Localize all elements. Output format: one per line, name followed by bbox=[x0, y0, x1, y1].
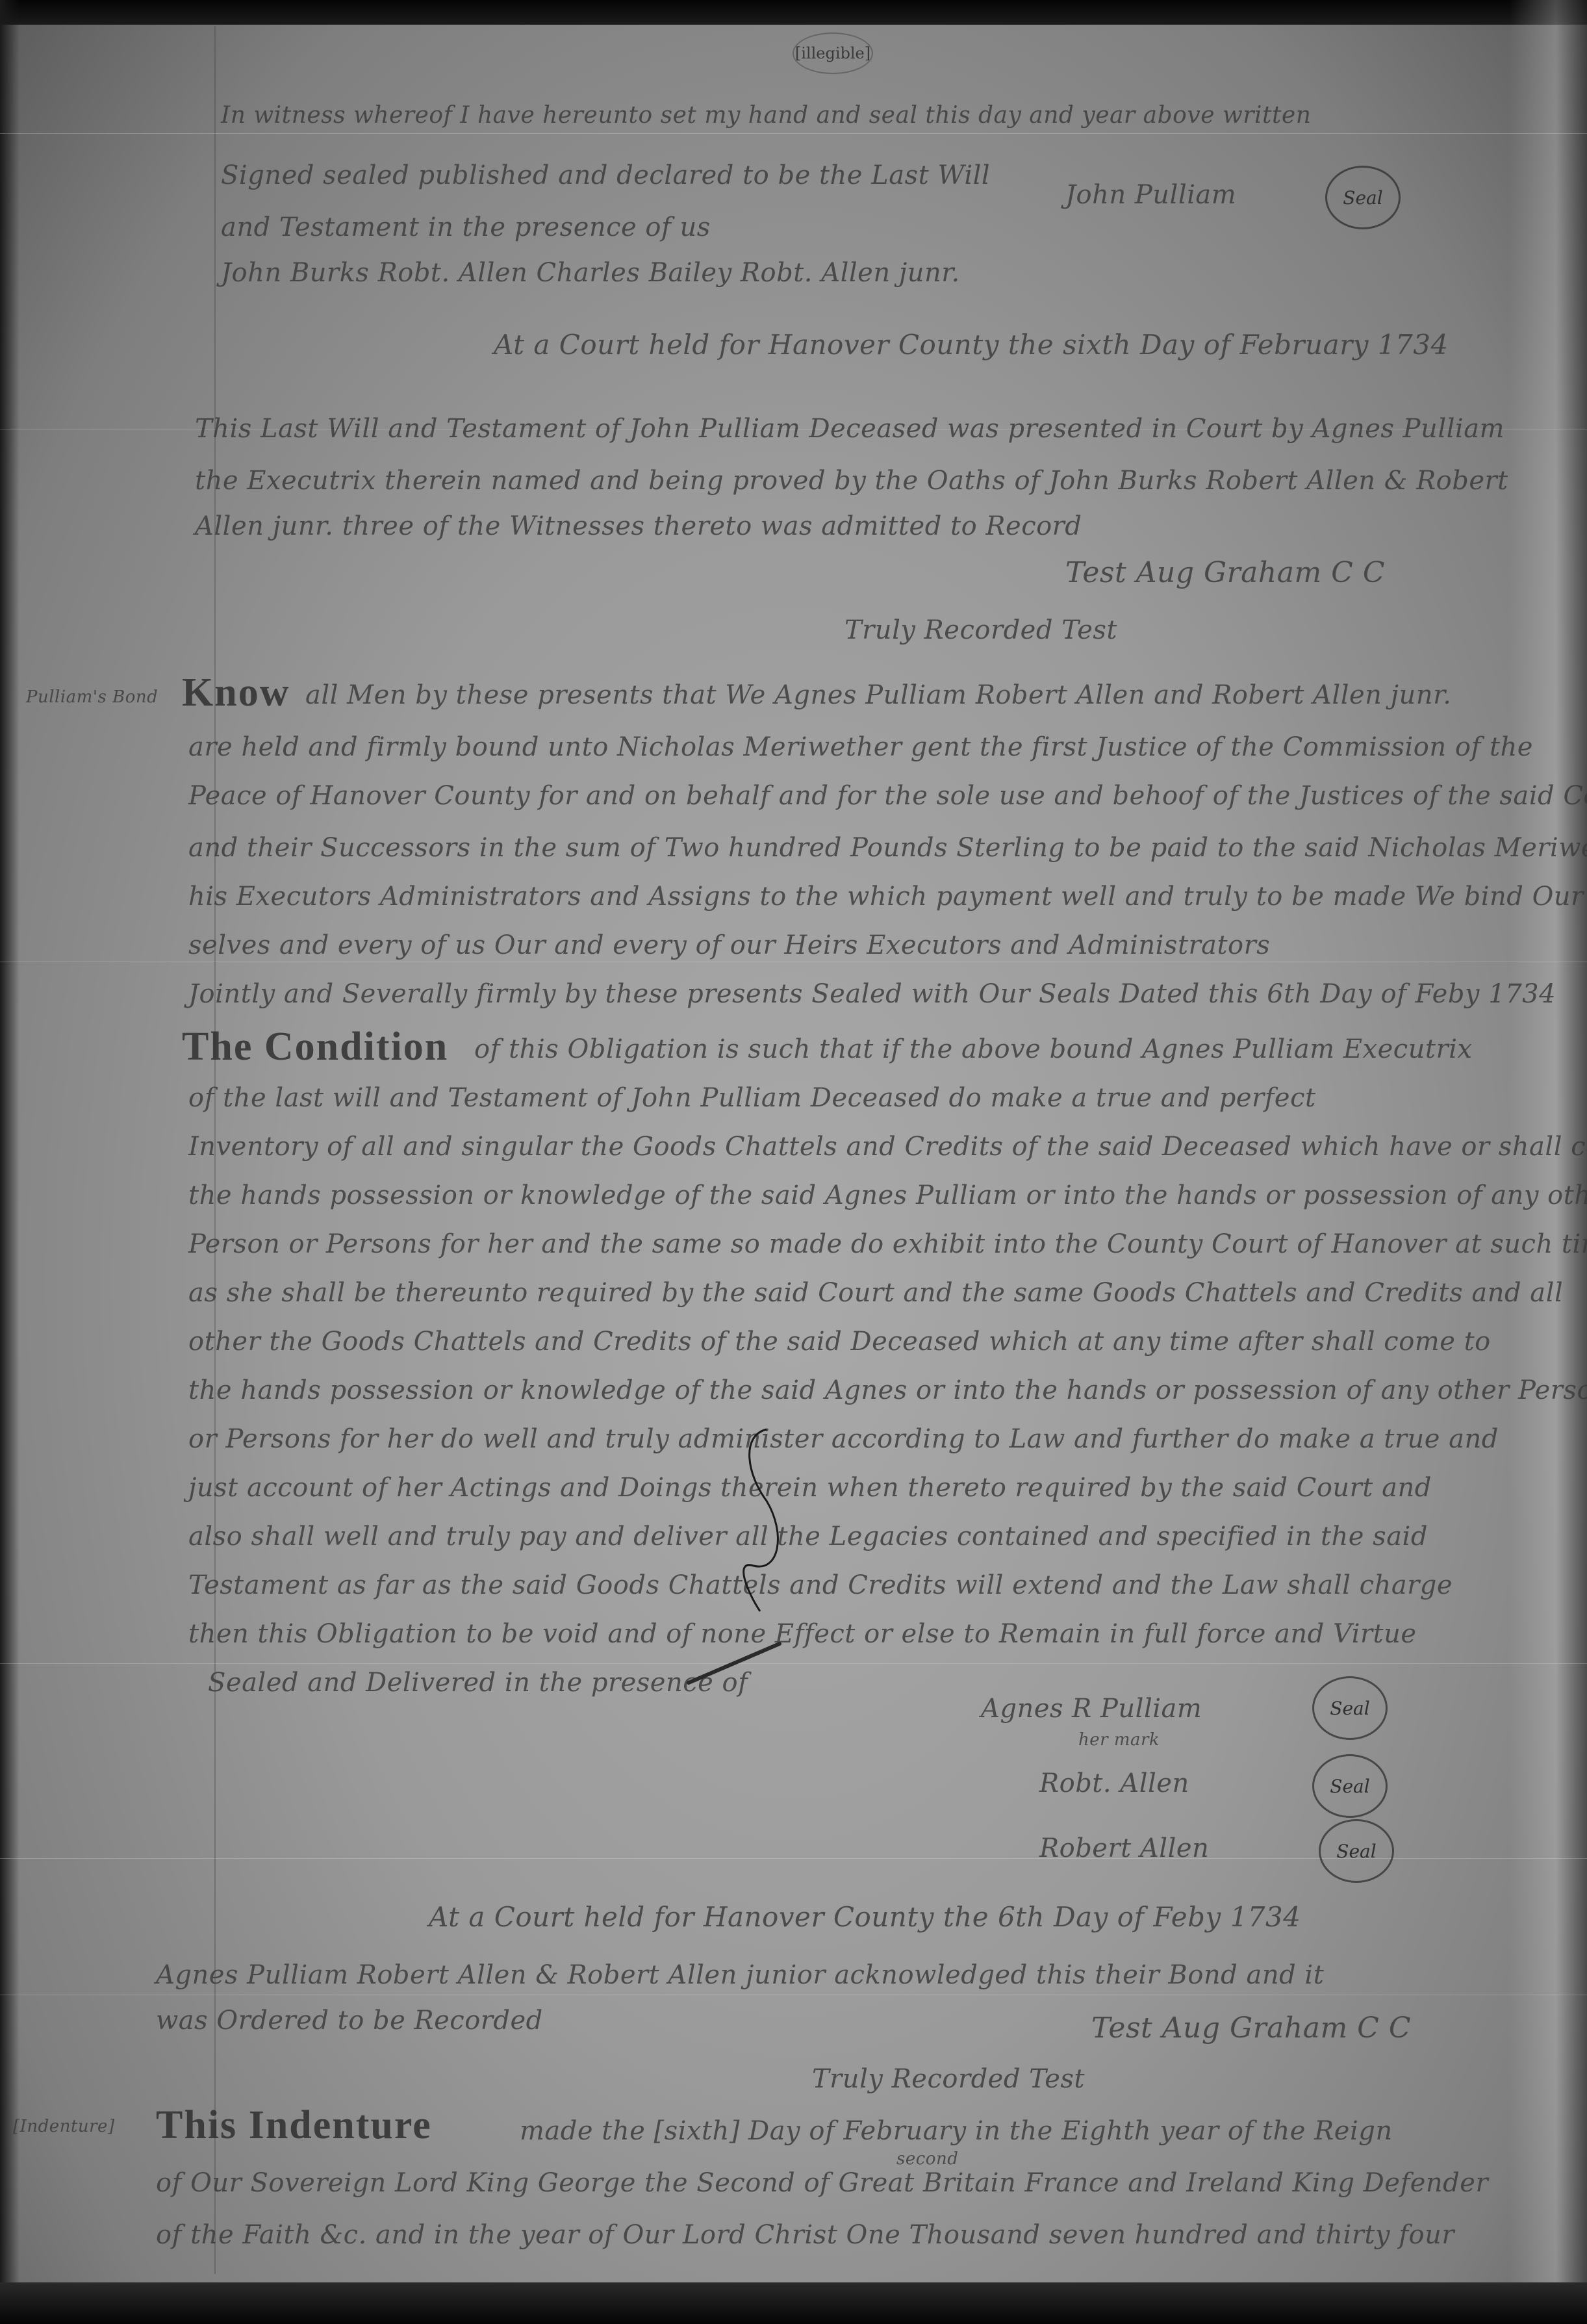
condition-line-9: or Persons for her do well and truly adm… bbox=[188, 1426, 1499, 1452]
bond-line-5: his Executors Administrators and Assigns… bbox=[188, 884, 1584, 910]
condition-line-11: also shall well and truly pay and delive… bbox=[188, 1524, 1428, 1550]
indenture-line-1: made the [sixth] Day of February in the … bbox=[520, 2118, 1393, 2144]
will-witnesses: John Burks Robt. Allen Charles Bailey Ro… bbox=[221, 260, 960, 286]
sealed-delivered-line: Sealed and Delivered in the presence of bbox=[208, 1670, 748, 1696]
ruled-line bbox=[0, 1663, 1587, 1664]
bond-heading: Know bbox=[182, 672, 290, 713]
condition-line-1: of this Obligation is such that if the a… bbox=[474, 1036, 1472, 1062]
seal-robert-allen: Seal bbox=[1319, 1819, 1394, 1883]
will-close-line-3: and Testament in the presence of us bbox=[221, 214, 711, 240]
ack-clerk: Test Aug Graham C C bbox=[1091, 2014, 1411, 2043]
condition-line-8: the hands possession or knowledge of the… bbox=[188, 1377, 1587, 1403]
condition-line-13: then this Obligation to be void and of n… bbox=[188, 1621, 1417, 1647]
condition-line-7: other the Goods Chattels and Credits of … bbox=[188, 1329, 1491, 1355]
seal-label: Seal bbox=[1336, 1841, 1376, 1862]
probate-recorded: Truly Recorded Test bbox=[844, 617, 1117, 643]
testator-signature: John Pulliam bbox=[1065, 182, 1236, 208]
scan-right-edge bbox=[1509, 0, 1587, 2324]
bond-line-4: and their Successors in the sum of Two h… bbox=[188, 835, 1587, 861]
indenture-line-2: of Our Sovereign Lord King George the Se… bbox=[156, 2170, 1488, 2196]
mark-note: her mark bbox=[1078, 1731, 1160, 1748]
signatory-agnes-pulliam: Agnes R Pulliam bbox=[981, 1696, 1202, 1722]
bond-line-3: Peace of Hanover County for and on behal… bbox=[188, 783, 1587, 809]
will-close-line-1: In witness whereof I have hereunto set m… bbox=[221, 104, 1311, 127]
seal-agnes-pulliam: Seal bbox=[1312, 1676, 1388, 1740]
condition-line-5: Person or Persons for her and the same s… bbox=[188, 1231, 1587, 1257]
page-number: [illegible] bbox=[793, 32, 873, 74]
condition-line-2: of the last will and Testament of John P… bbox=[188, 1085, 1316, 1111]
ack-line-1: Agnes Pulliam Robert Allen & Robert Alle… bbox=[156, 1962, 1324, 1988]
signatory-robert-allen: Robert Allen bbox=[1039, 1835, 1209, 1861]
ack-court-heading: At a Court held for Hanover County the 6… bbox=[429, 1904, 1301, 1931]
bond-line-1: all Men by these presents that We Agnes … bbox=[305, 682, 1452, 708]
probate-line-2: the Executrix therein named and being pr… bbox=[195, 468, 1508, 494]
seal-robt-allen: Seal bbox=[1312, 1754, 1388, 1818]
bond-margin-note: Pulliam's Bond bbox=[26, 689, 175, 706]
probate-court-heading: At a Court held for Hanover County the s… bbox=[494, 331, 1449, 359]
bond-line-7: Jointly and Severally firmly by these pr… bbox=[188, 981, 1556, 1007]
condition-line-6: as she shall be thereunto required by th… bbox=[188, 1280, 1563, 1306]
indenture-heading: This Indenture bbox=[156, 2105, 432, 2145]
bond-line-2: are held and firmly bound unto Nicholas … bbox=[188, 734, 1533, 760]
ack-recorded: Truly Recorded Test bbox=[812, 2066, 1085, 2092]
seal-label: Seal bbox=[1330, 1698, 1369, 1719]
testator-seal: Seal bbox=[1325, 166, 1401, 229]
document-scan: [illegible] In witness whereof I have he… bbox=[0, 0, 1587, 2324]
pen-flourish bbox=[682, 1637, 786, 1689]
condition-line-12: Testament as far as the said Goods Chatt… bbox=[188, 1572, 1453, 1598]
ruled-line bbox=[0, 962, 1587, 962]
probate-clerk: Test Aug Graham C C bbox=[1065, 559, 1385, 587]
will-close-line-2: Signed sealed published and declared to … bbox=[221, 162, 990, 188]
condition-line-4: the hands possession or knowledge of the… bbox=[188, 1182, 1587, 1208]
condition-heading: The Condition bbox=[182, 1027, 448, 1067]
seal-label: Seal bbox=[1330, 1776, 1369, 1797]
seal-label: Seal bbox=[1343, 187, 1382, 209]
scan-top-edge bbox=[0, 0, 1587, 25]
ruled-line bbox=[0, 133, 1587, 134]
scan-left-edge bbox=[0, 0, 19, 2324]
ack-line-2: was Ordered to be Recorded bbox=[156, 2008, 543, 2034]
indenture-line-3: of the Faith &c. and in the year of Our … bbox=[156, 2222, 1454, 2248]
condition-line-10: just account of her Actings and Doings t… bbox=[188, 1475, 1432, 1501]
ruled-line bbox=[0, 1995, 1587, 1995]
signatory-robt-allen: Robt. Allen bbox=[1039, 1770, 1189, 1796]
condition-line-3: Inventory of all and singular the Goods … bbox=[188, 1134, 1587, 1160]
ink-squiggle-mark bbox=[728, 1423, 806, 1618]
indenture-interlineation: second bbox=[896, 2151, 958, 2167]
probate-line-3: Allen junr. three of the Witnesses there… bbox=[195, 513, 1082, 539]
indenture-margin-note: [Indenture] bbox=[13, 2118, 115, 2135]
probate-line-1: This Last Will and Testament of John Pul… bbox=[195, 416, 1504, 442]
scan-bottom-edge bbox=[0, 2282, 1587, 2324]
bond-line-6: selves and every of us Our and every of … bbox=[188, 932, 1270, 958]
